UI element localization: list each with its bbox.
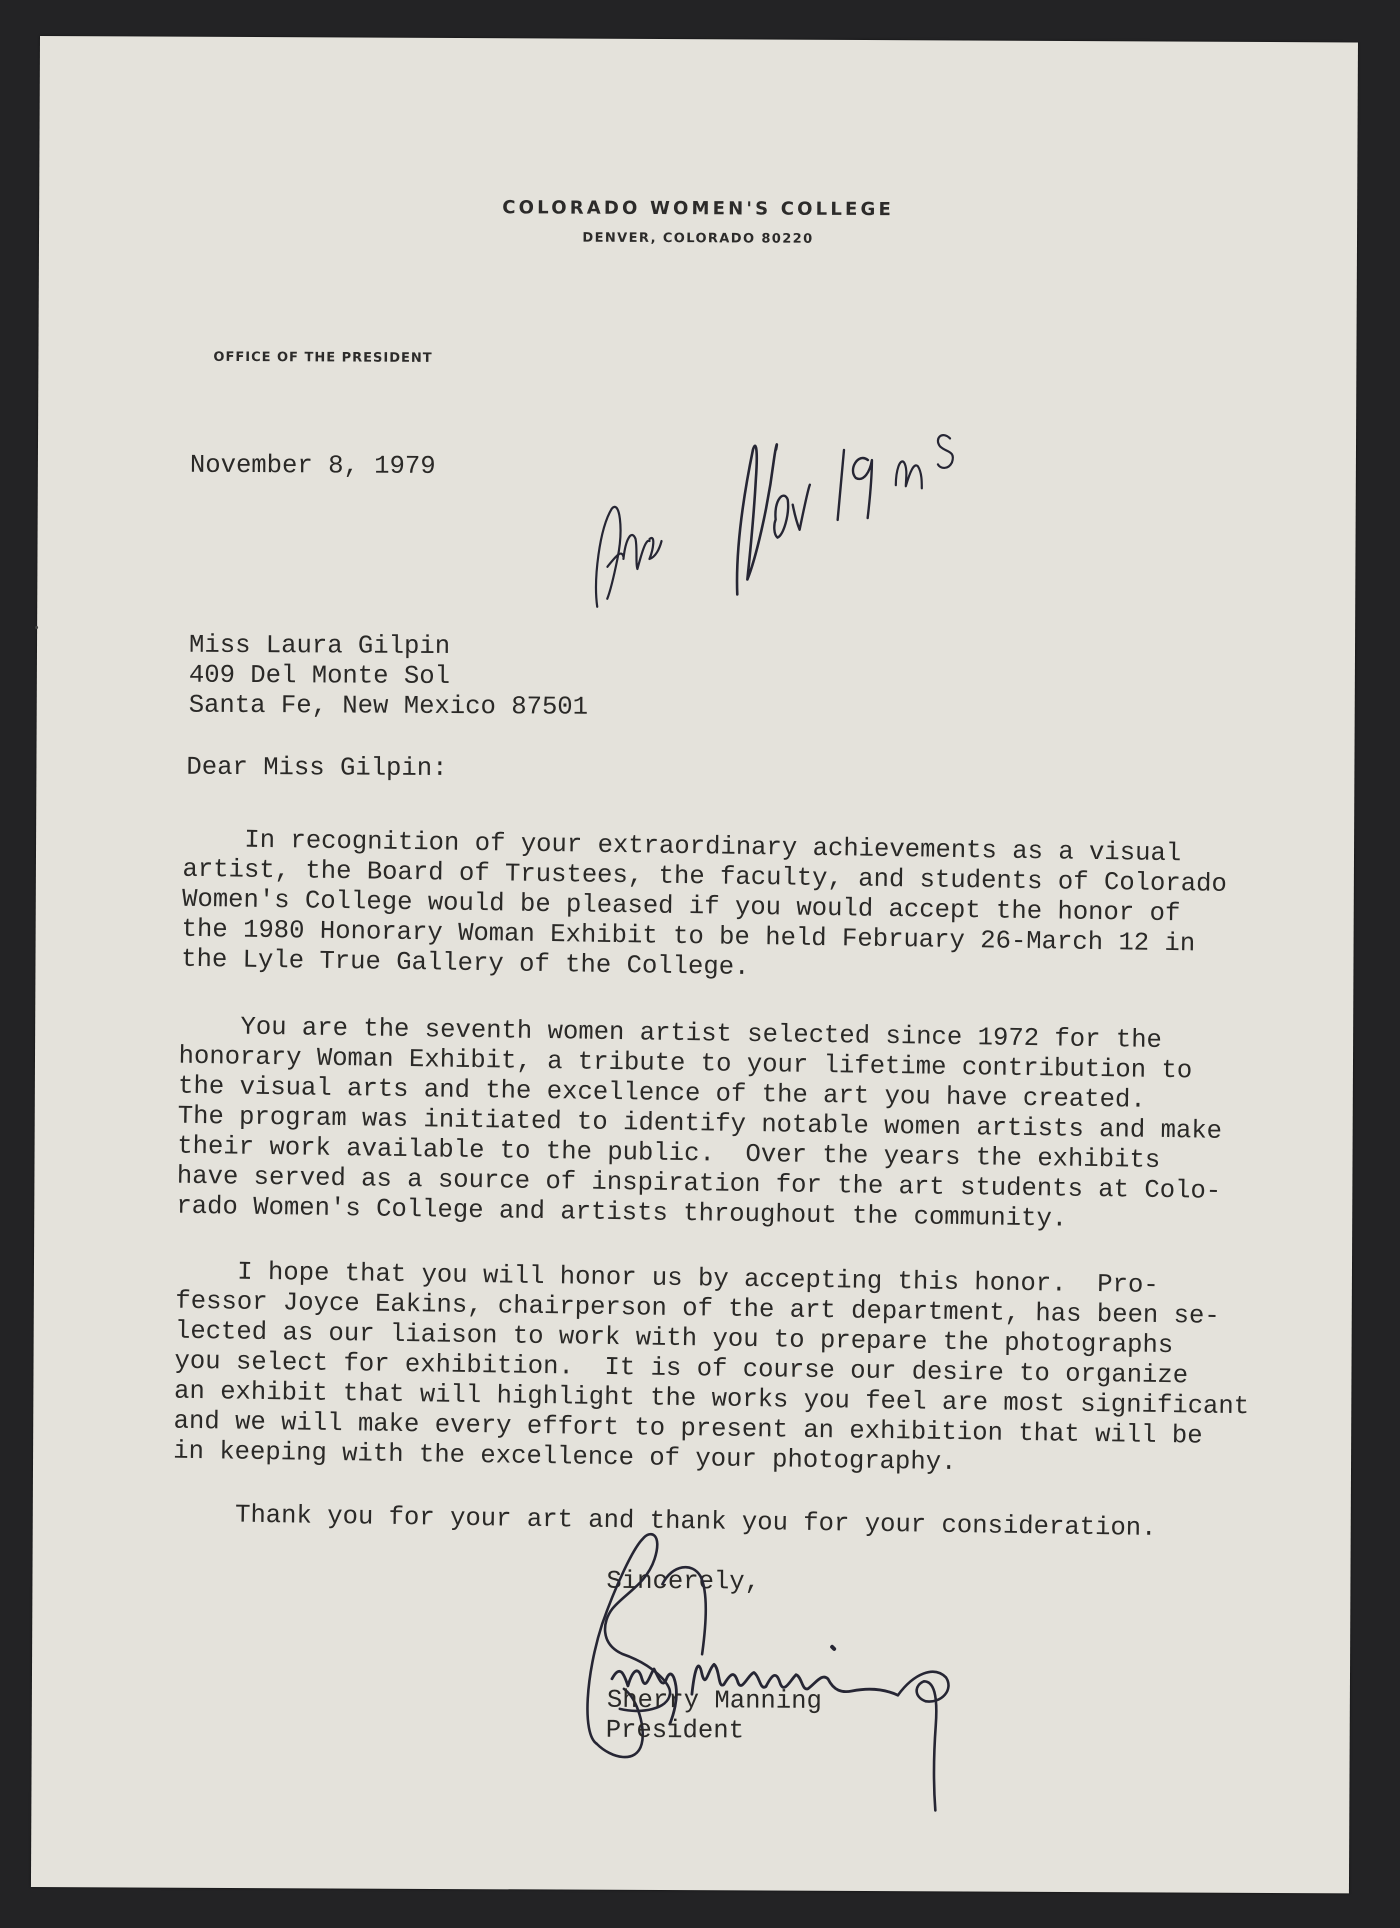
recipient-city: Santa Fe, New Mexico 87501 [189, 691, 588, 723]
paragraph-2: You are the seventh women artist selecte… [176, 1012, 1223, 1237]
handwritten-annotation: Ans Nov 19 m s [537, 388, 1098, 621]
letterhead-address: DENVER, COLORADO 80220 [39, 228, 1357, 249]
recipient-name: Miss Laura Gilpin [189, 631, 450, 662]
paragraph-line: Thank you for your art and thank you for… [173, 1500, 1156, 1544]
paragraph-4: Thank you for your art and thank you for… [173, 1500, 1156, 1544]
paragraph-3: I hope that you will honor us by accepti… [173, 1257, 1251, 1483]
recipient-street: 409 Del Monte Sol [189, 661, 450, 692]
salutation: Dear Miss Gilpin: [186, 753, 447, 784]
letterhead-institution: COLORADO WOMEN'S COLLEGE [39, 195, 1357, 222]
letterhead-office: OFFICE OF THE PRESIDENT [213, 350, 432, 366]
letter-page: COLORADO WOMEN'S COLLEGE DENVER, COLORAD… [31, 36, 1358, 1893]
letter-date: November 8, 1979 [190, 451, 436, 482]
signer-title: President [606, 1716, 744, 1747]
paper-speck [35, 626, 38, 629]
signer-name: Sherry Manning [607, 1686, 822, 1717]
paragraph-1: In recognition of your extraordinary ach… [181, 825, 1227, 990]
closing: Sincerely, [606, 1567, 760, 1598]
signature-scribble [541, 1503, 1163, 1826]
